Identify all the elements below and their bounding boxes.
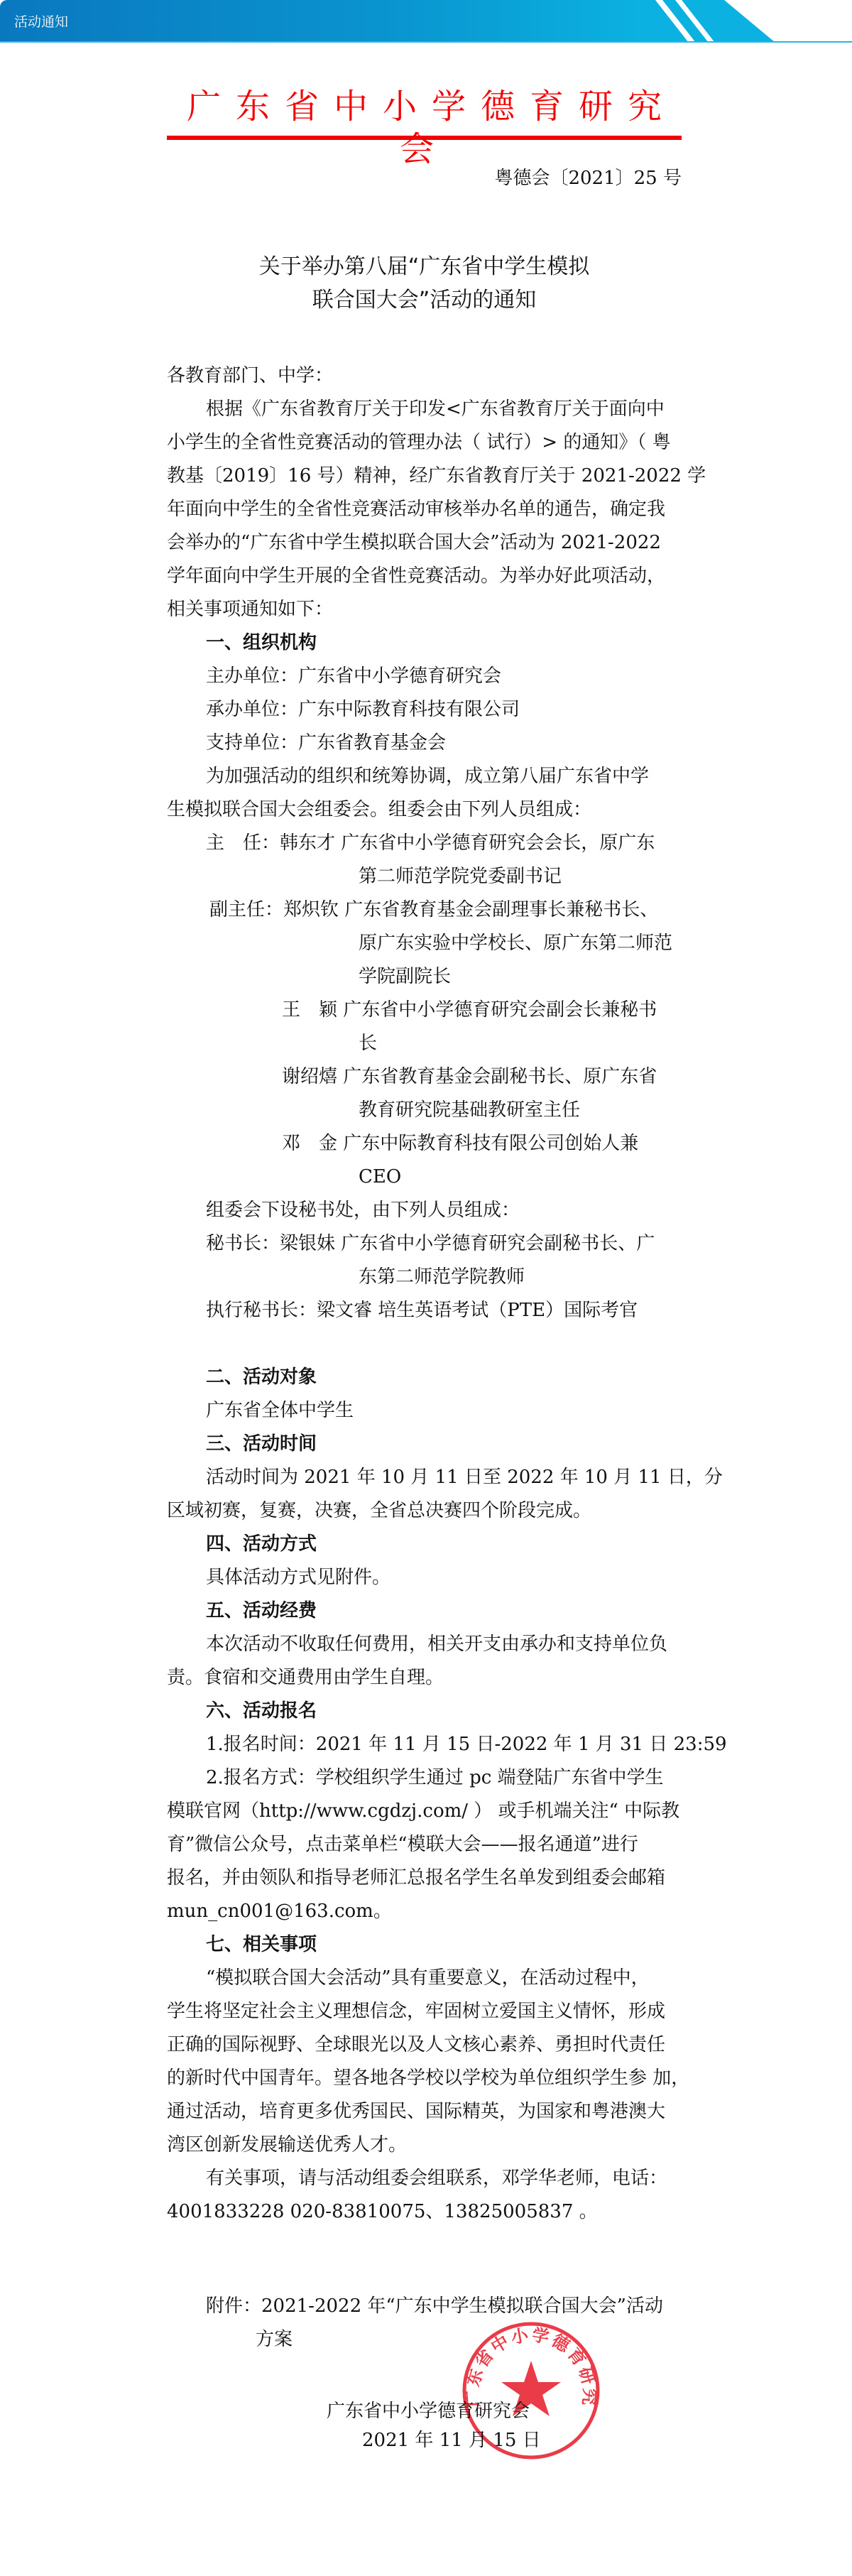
intro-line: 会举办的“广东省中学生模拟联合国大会”活动为 2021-2022 (167, 526, 685, 560)
member-desc: 培生英语考试（PTE）国际考官 (378, 1300, 638, 1321)
section-heading-funding: 五、活动经费 (167, 1594, 685, 1628)
member-desc-cont: 原广东实验中学校长、原广东第二师范 (167, 927, 685, 960)
intro-line: 小学生的全省性竞赛活动的管理办法（ 试行）> 的通知》（ 粤 (167, 426, 685, 460)
section-heading-target: 二、活动对象 (167, 1361, 685, 1394)
committee-member: 谢绍熺 广东省教育基金会副秘书长、原广东省 (167, 1060, 685, 1094)
member-role: 主 任： (206, 832, 280, 854)
salutation: 各教育部门、中学： (167, 359, 685, 393)
member-desc-cont: 长 (167, 1027, 685, 1060)
section-line: 育”微信公众号，点击菜单栏“模联大会——报名通道”进行 (167, 1828, 685, 1862)
member-desc-cont: 东第二师范学院教师 (167, 1261, 685, 1294)
member-name: 谢绍熺 (282, 1066, 337, 1087)
member-desc: 广东省中小学德育研究会副会长兼秘书 (343, 999, 657, 1021)
header-title: 活动通知 (14, 11, 68, 31)
secretariat-member: 秘书长：梁银妹 广东省中小学德育研究会副秘书长、广 (167, 1227, 685, 1261)
secretariat-intro: 组委会下设秘书处，由下列人员组成： (167, 1194, 685, 1227)
member-name: 梁银妹 (280, 1233, 335, 1254)
intro-line: 相关事项通知如下： (167, 593, 685, 626)
organizer: 主办单位：广东省中小学德育研究会 (167, 660, 685, 693)
notice-title-line: 关于举办第八届“广东省中学生模拟 (167, 250, 682, 283)
notice-title: 关于举办第八届“广东省中学生模拟 联合国大会”活动的通知 (167, 250, 682, 317)
member-role: 执行秘书长： (206, 1300, 317, 1321)
undertaker: 承办单位：广东中际教育科技有限公司 (167, 693, 685, 727)
section-line: 的新时代中国青年。望各地各学校以学校为单位组织学生参 加， (167, 2062, 685, 2095)
section-line: 湾区创新发展输送优秀人才。 (167, 2129, 685, 2162)
header-corner-decoration (724, 0, 852, 43)
section-line: 通过活动，培育更多优秀国民、国际精英，为国家和粤港澳大 (167, 2095, 685, 2129)
committee-member: 主 任：韩东才 广东省中小学德育研究会会长，原广东 (167, 827, 685, 860)
intro-line: 根据《广东省教育厅关于印发<广东省教育厅关于面向中 (167, 393, 685, 426)
intro-line: 年面向中学生的全省性竞赛活动审核举办名单的通告，确定我 (167, 493, 685, 526)
letterhead-red-rule (167, 136, 682, 140)
section-line: 学生将坚定社会主义理想信念，牢固树立爱国主义情怀，形成 (167, 1995, 685, 2028)
header-stripe-decoration (655, 0, 696, 43)
member-name: 韩东才 (280, 832, 335, 854)
member-name: 郑炽钦 (283, 899, 339, 920)
member-desc-cont: 第二师范学院党委副书记 (167, 860, 685, 893)
member-desc-cont: 教育研究院基础教研室主任 (167, 1094, 685, 1127)
header-band: 活动通知 (0, 0, 852, 43)
member-name: 梁文睿 (317, 1300, 372, 1321)
section-heading-notes: 七、相关事项 (167, 1928, 685, 1962)
signature-date: 2021 年 11 月 15 日 (362, 2425, 541, 2452)
member-name: 邓 金 (282, 1133, 337, 1154)
member-desc: 广东省中小学德育研究会副秘书长、广 (341, 1233, 655, 1254)
intro-line: 学年面向中学生开展的全省性竞赛活动。为举办好此项活动， (167, 560, 685, 593)
section-heading-organization: 一、组织机构 (167, 626, 685, 660)
section-line: 责。食宿和交通费用由学生自理。 (167, 1661, 685, 1695)
member-desc-cont: 学院副院长 (167, 960, 685, 994)
document-body: 各教育部门、中学： 根据《广东省教育厅关于印发<广东省教育厅关于面向中 小学生的… (167, 359, 685, 2229)
signature-org: 广东省中小学德育研究会 (327, 2396, 530, 2423)
registration-method: 2.报名方式：学校组织学生通过 pc 端登陆广东省中学生 (167, 1761, 685, 1795)
intro-line: 教基〔2019〕16 号）精神，经广东省教育厅关于 2021-2022 学 (167, 460, 685, 493)
supporter: 支持单位：广东省教育基金会 (167, 727, 685, 760)
member-desc-cont: CEO (167, 1161, 685, 1194)
registration-email-link[interactable]: mun_cn001@163.com。 (167, 1895, 685, 1928)
notice-title-line: 联合国大会”活动的通知 (167, 283, 682, 317)
member-role: 秘书长： (206, 1233, 280, 1254)
section-heading-time: 三、活动时间 (167, 1428, 685, 1461)
letterhead-org-name: 广东省中小学德育研究会 (167, 85, 682, 170)
member-desc: 广东省教育基金会副秘书长、原广东省 (343, 1066, 657, 1087)
section-line: 本次活动不收取任何费用，相关开支由承办和支持单位负 (167, 1628, 685, 1661)
section-line: 广东省全体中学生 (167, 1394, 685, 1428)
section-line: 区域初赛，复赛，决赛，全省总决赛四个阶段完成。 (167, 1494, 685, 1528)
attachment-line: 附件：2021-2022 年“广东中学生模拟联合国大会”活动 (206, 2290, 663, 2323)
committee-member: 王 颖 广东省中小学德育研究会副会长兼秘书 (167, 994, 685, 1027)
secretariat-member: 执行秘书长：梁文睿 培生英语考试（PTE）国际考官 (167, 1294, 685, 1327)
section-line: 报名，并由领队和指导老师汇总报名学生名单发到组委会邮箱 (167, 1862, 685, 1895)
committee-member: 邓 金 广东中际教育科技有限公司创始人兼 (167, 1127, 685, 1161)
section-line: “模拟联合国大会活动”具有重要意义，在活动过程中， (167, 1962, 685, 1995)
header-stripe-decoration (675, 0, 715, 43)
section-line: 活动时间为 2021 年 10 月 11 日至 2022 年 10 月 11 日… (167, 1461, 685, 1494)
member-name: 王 颖 (282, 999, 337, 1021)
member-desc: 广东省中小学德育研究会会长，原广东 (341, 832, 655, 854)
committee-member: 副主任：郑炽钦 广东省教育基金会副理事长兼秘书长、 (167, 893, 685, 927)
section-heading-method: 四、活动方式 (167, 1528, 685, 1561)
document-number: 粤德会〔2021〕25 号 (494, 165, 682, 191)
section-line: 具体活动方式见附件。 (167, 1561, 685, 1594)
contact-line: 有关事项，请与活动组委会组联系，邓学华老师，电话： (167, 2162, 685, 2195)
committee-intro: 生模拟联合国大会组委会。组委会由下列人员组成： (167, 793, 685, 827)
section-heading-registration: 六、活动报名 (167, 1695, 685, 1728)
registration-website-link[interactable]: 模联官网（http://www.cgdzj.com/ ） 或手机端关注“ 中际教 (167, 1795, 685, 1828)
registration-time: 1.报名时间：2021 年 11 月 15 日-2022 年 1 月 31 日 … (167, 1728, 685, 1761)
member-desc: 广东中际教育科技有限公司创始人兼 (343, 1133, 638, 1154)
header-underline (0, 41, 852, 43)
member-role: 副主任： (209, 899, 283, 920)
section-line: 正确的国际视野、全球眼光以及人文核心素养、勇担时代责任 (167, 2028, 685, 2062)
committee-intro: 为加强活动的组织和统筹协调，成立第八届广东省中学 (167, 760, 685, 793)
member-desc: 广东省教育基金会副理事长兼秘书长、 (344, 899, 658, 920)
contact-phones: 4001833228 020-83810075、13825005837 。 (167, 2195, 685, 2229)
